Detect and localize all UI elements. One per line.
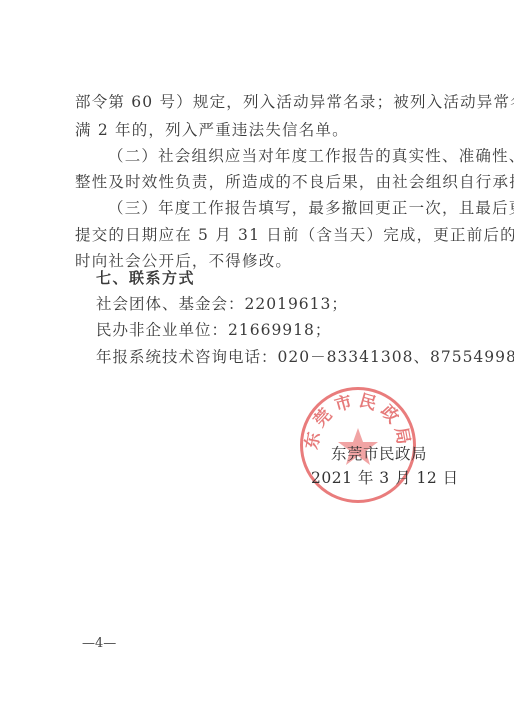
paragraph-3-line-2: 提交的日期应在 5 月 31 日前（含当天）完成，更正前后的信息同: [75, 225, 514, 245]
paragraph-2-line-2: 整性及时效性负责，所造成的不良后果，由社会组织自行承担。: [75, 172, 514, 192]
section-heading-contact: 七、联系方式: [96, 268, 195, 288]
contact-private-nonprofit: 民办非企业单位：21669918；: [96, 320, 331, 340]
issue-date: 2021 年 3 月 12 日: [311, 468, 459, 488]
paragraph-1-line-1: 部令第 60 号）规定，列入活动异常名录；被列入活动异常名录: [75, 92, 514, 112]
paragraph-3-line-1: （三）年度工作报告填写，最多撤回更正一次，且最后更正: [108, 198, 514, 218]
contact-social-groups: 社会团体、基金会：22019613；: [96, 294, 348, 314]
paragraph-2-line-1: （二）社会组织应当对年度工作报告的真实性、准确性、完: [108, 146, 514, 166]
contact-tech-support: 年报系统技术咨询电话：020－83341308、87554998。: [96, 347, 514, 367]
page-number: —4—: [82, 636, 116, 651]
document-page: 部令第 60 号）规定，列入活动异常名录；被列入活动异常名录 满 2 年的，列入…: [0, 0, 514, 722]
paragraph-1-line-2: 满 2 年的，列入严重违法失信名单。: [75, 120, 349, 140]
issuer-signature: 东莞市民政局: [331, 444, 427, 464]
